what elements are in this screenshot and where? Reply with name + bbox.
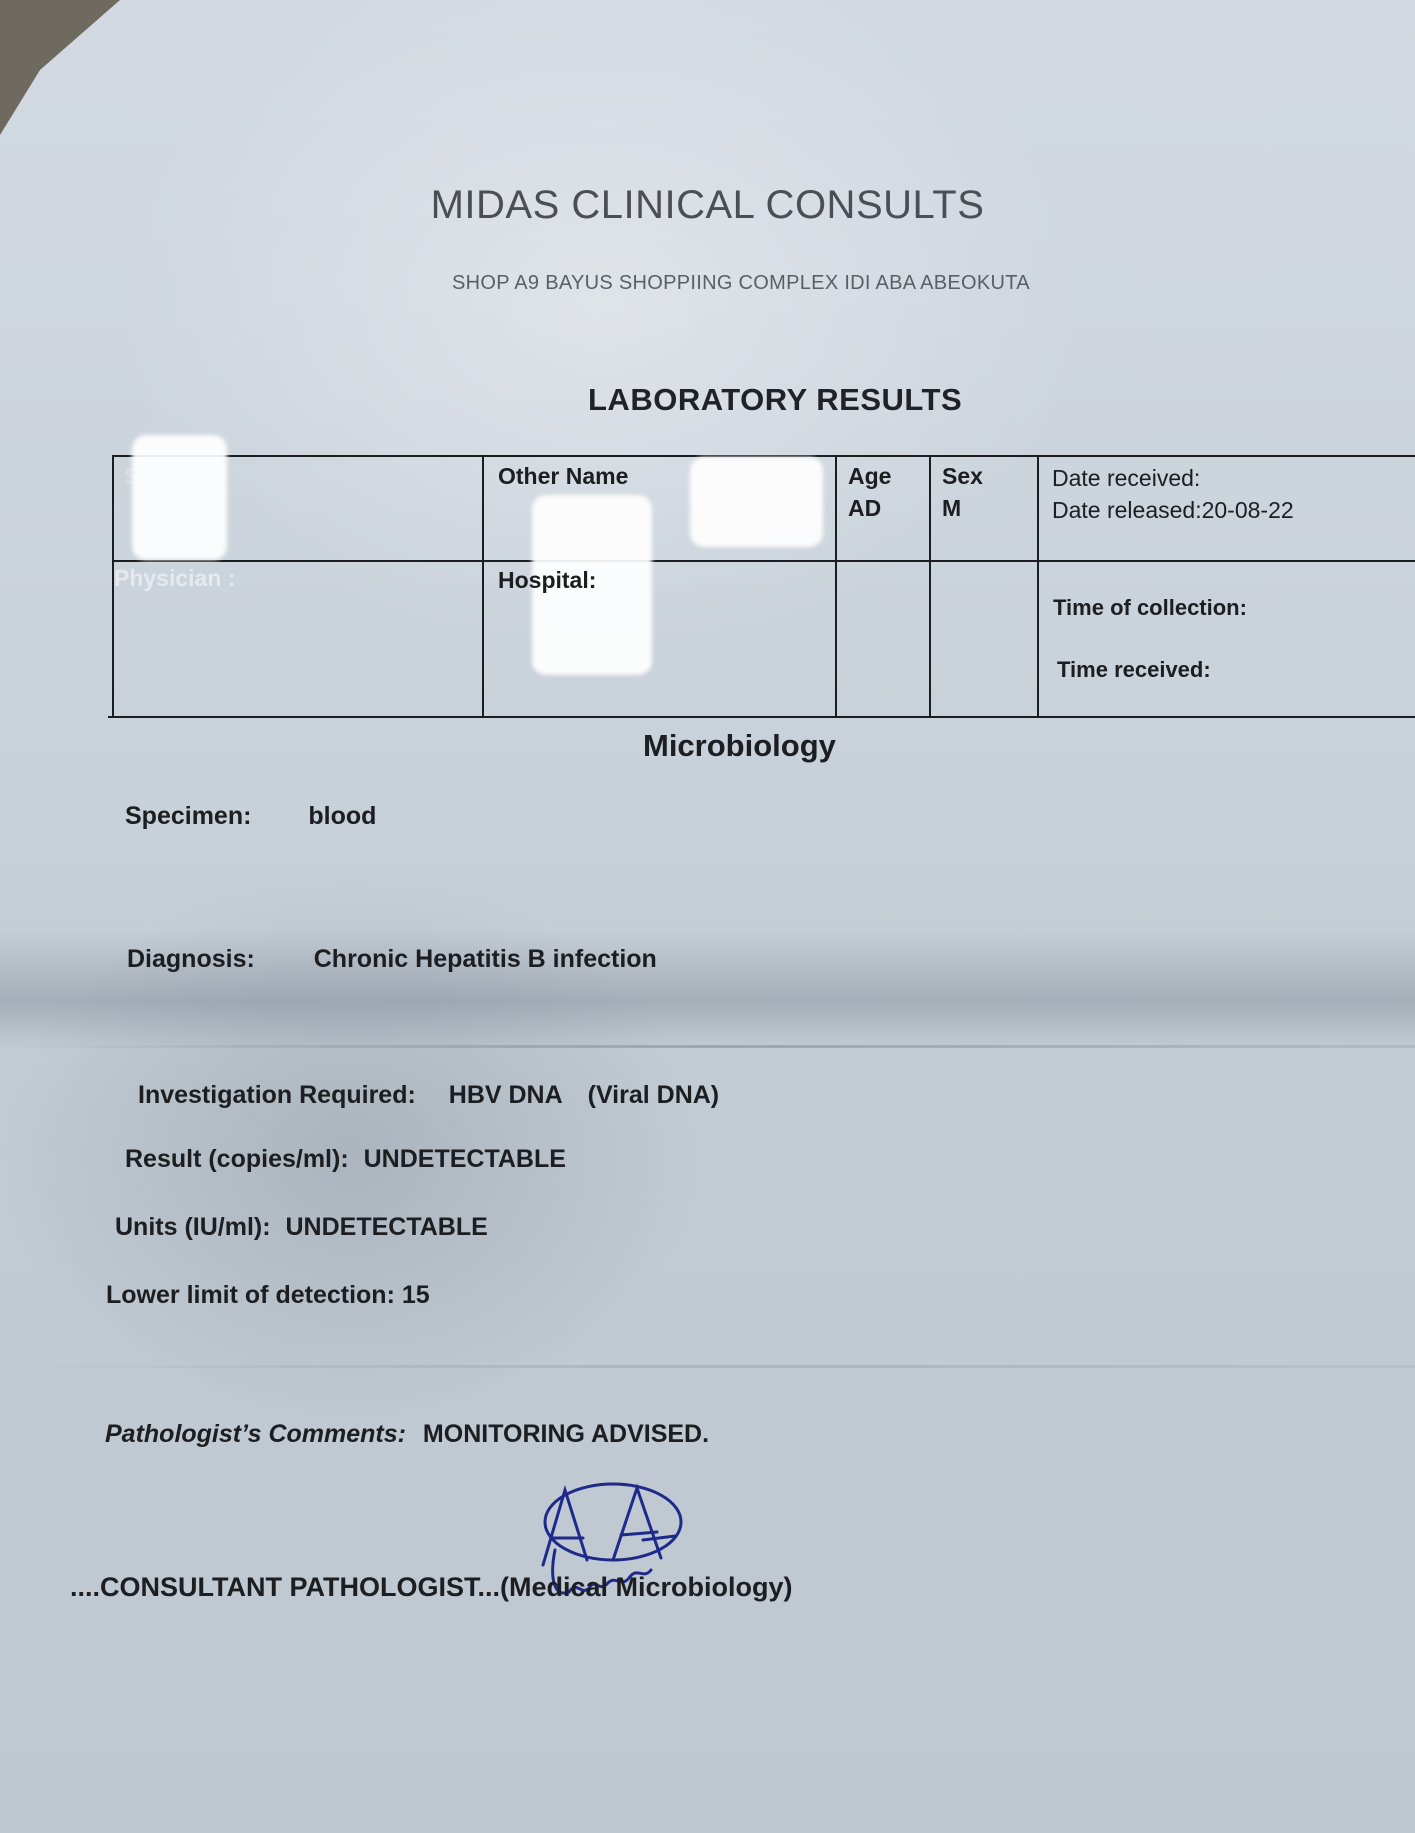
lower-limit-value: 15 bbox=[402, 1281, 430, 1309]
patient-info-table: Surname Other Name Age AD Sex M Date rec… bbox=[112, 455, 1415, 718]
physician-label: Physician : bbox=[114, 565, 235, 592]
time-received-label: Time received: bbox=[1057, 657, 1211, 683]
sex-label: Sex bbox=[942, 463, 983, 490]
result-units-label: Units (IU/ml): bbox=[115, 1213, 271, 1241]
table-col-divider bbox=[929, 455, 931, 718]
age-label: Age bbox=[848, 463, 891, 490]
comments-row: Pathologist’s Comments: MONITORING ADVIS… bbox=[105, 1420, 709, 1449]
date-released-value: 20-08-22 bbox=[1202, 497, 1294, 523]
date-received-label: Date received: bbox=[1052, 465, 1200, 492]
date-released-row: Date released:20-08-22 bbox=[1052, 497, 1294, 524]
result-copies-label: Result (copies/ml): bbox=[125, 1145, 349, 1173]
paper-fold bbox=[0, 1365, 1415, 1368]
result-copies-value: UNDETECTABLE bbox=[364, 1145, 566, 1173]
lower-limit-row: Lower limit of detection: 15 bbox=[106, 1281, 430, 1310]
table-col-divider bbox=[482, 455, 484, 718]
result-units-value: UNDETECTABLE bbox=[286, 1213, 488, 1241]
investigation-value: HBV DNA bbox=[449, 1081, 563, 1109]
comments-value: MONITORING ADVISED. bbox=[423, 1420, 709, 1448]
diagnosis-label: Diagnosis: bbox=[127, 945, 255, 973]
table-col-divider bbox=[1037, 455, 1039, 718]
document-title: LABORATORY RESULTS bbox=[588, 382, 962, 418]
investigation-note: (Viral DNA) bbox=[588, 1081, 720, 1109]
surname-redaction bbox=[132, 435, 227, 560]
hospital-label: Hospital: bbox=[498, 567, 596, 594]
result-units-row: Units (IU/ml): UNDETECTABLE bbox=[115, 1213, 488, 1242]
paper-fold bbox=[0, 1045, 1415, 1048]
comments-label: Pathologist’s Comments: bbox=[105, 1420, 406, 1448]
date-released-label: Date released: bbox=[1052, 497, 1202, 523]
specimen-value: blood bbox=[308, 802, 376, 830]
other-name-label: Other Name bbox=[498, 463, 628, 490]
table-border-bottom bbox=[108, 716, 1415, 718]
signature-line: ....CONSULTANT PATHOLOGIST...(Medical Mi… bbox=[70, 1572, 793, 1603]
sex-value: M bbox=[942, 495, 961, 522]
specimen-label: Specimen: bbox=[125, 802, 251, 830]
investigation-row: Investigation Required: HBV DNA (Viral D… bbox=[138, 1081, 719, 1110]
table-row-divider bbox=[112, 560, 1415, 562]
diagnosis-value: Chronic Hepatitis B infection bbox=[314, 945, 657, 973]
specimen-row: Specimen: blood bbox=[125, 802, 376, 831]
result-copies-row: Result (copies/ml): UNDETECTABLE bbox=[125, 1145, 566, 1174]
age-value: AD bbox=[848, 495, 881, 522]
time-of-collection-label: Time of collection: bbox=[1053, 595, 1247, 621]
diagnosis-row: Diagnosis: Chronic Hepatitis B infection bbox=[127, 945, 657, 974]
investigation-label: Investigation Required: bbox=[138, 1081, 416, 1109]
clinic-name: MIDAS CLINICAL CONSULTS bbox=[0, 183, 1415, 228]
table-col-divider bbox=[835, 455, 837, 718]
section-title: Microbiology bbox=[643, 728, 836, 764]
other-name-redaction bbox=[690, 457, 823, 547]
lower-limit-label: Lower limit of detection: bbox=[106, 1281, 395, 1309]
clinic-address: SHOP A9 BAYUS SHOPPIING COMPLEX IDI ABA … bbox=[452, 272, 1030, 295]
